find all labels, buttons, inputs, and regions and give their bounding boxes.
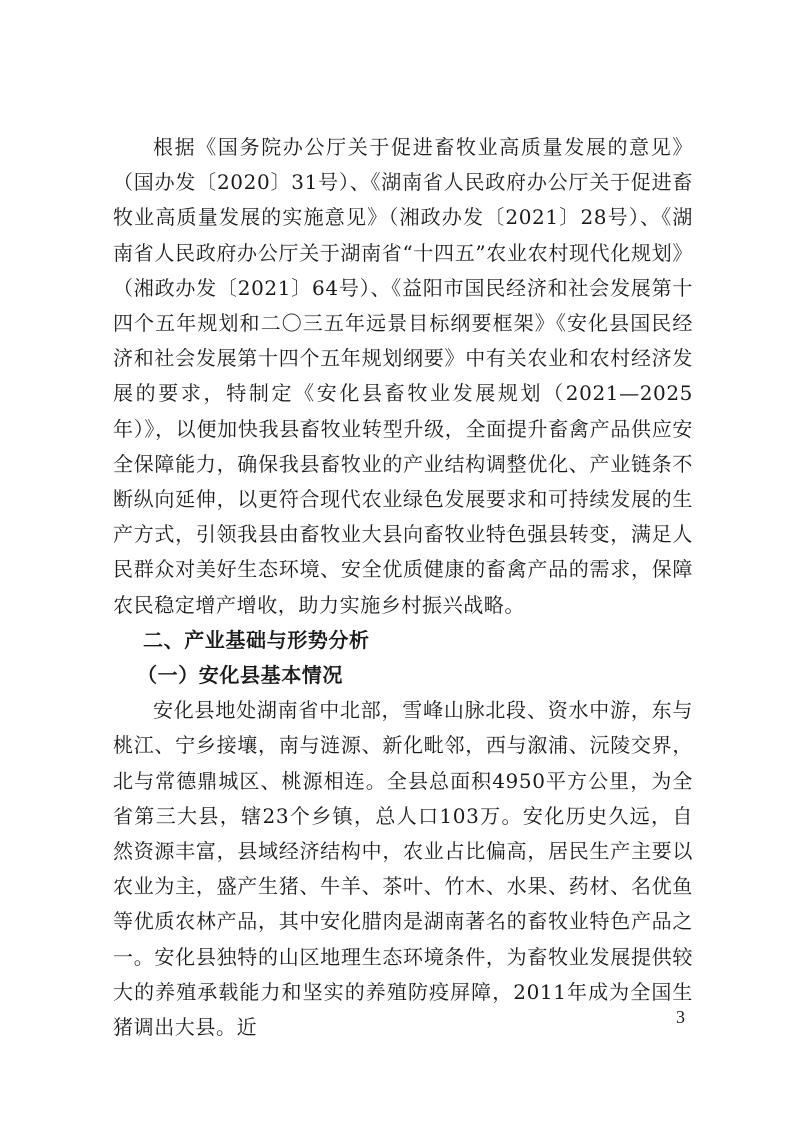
- section-paragraph: 安化县地处湖南省中北部，雪峰山脉北段、资水中游，东与桃江、宁乡接壤，南与涟源、新…: [113, 693, 693, 1045]
- subsection-heading: （一）安化县基本情况: [113, 658, 693, 693]
- page-body: 根据《国务院办公厅关于促进畜牧业高质量发展的意见》（国办发〔2020〕31号）、…: [113, 130, 693, 1045]
- document-page: 根据《国务院办公厅关于促进畜牧业高质量发展的意见》（国办发〔2020〕31号）、…: [0, 0, 793, 1122]
- page-number: 3: [676, 1005, 685, 1029]
- section-heading: 二、产业基础与形势分析: [113, 623, 693, 658]
- intro-paragraph: 根据《国务院办公厅关于促进畜牧业高质量发展的意见》（国办发〔2020〕31号）、…: [113, 130, 693, 623]
